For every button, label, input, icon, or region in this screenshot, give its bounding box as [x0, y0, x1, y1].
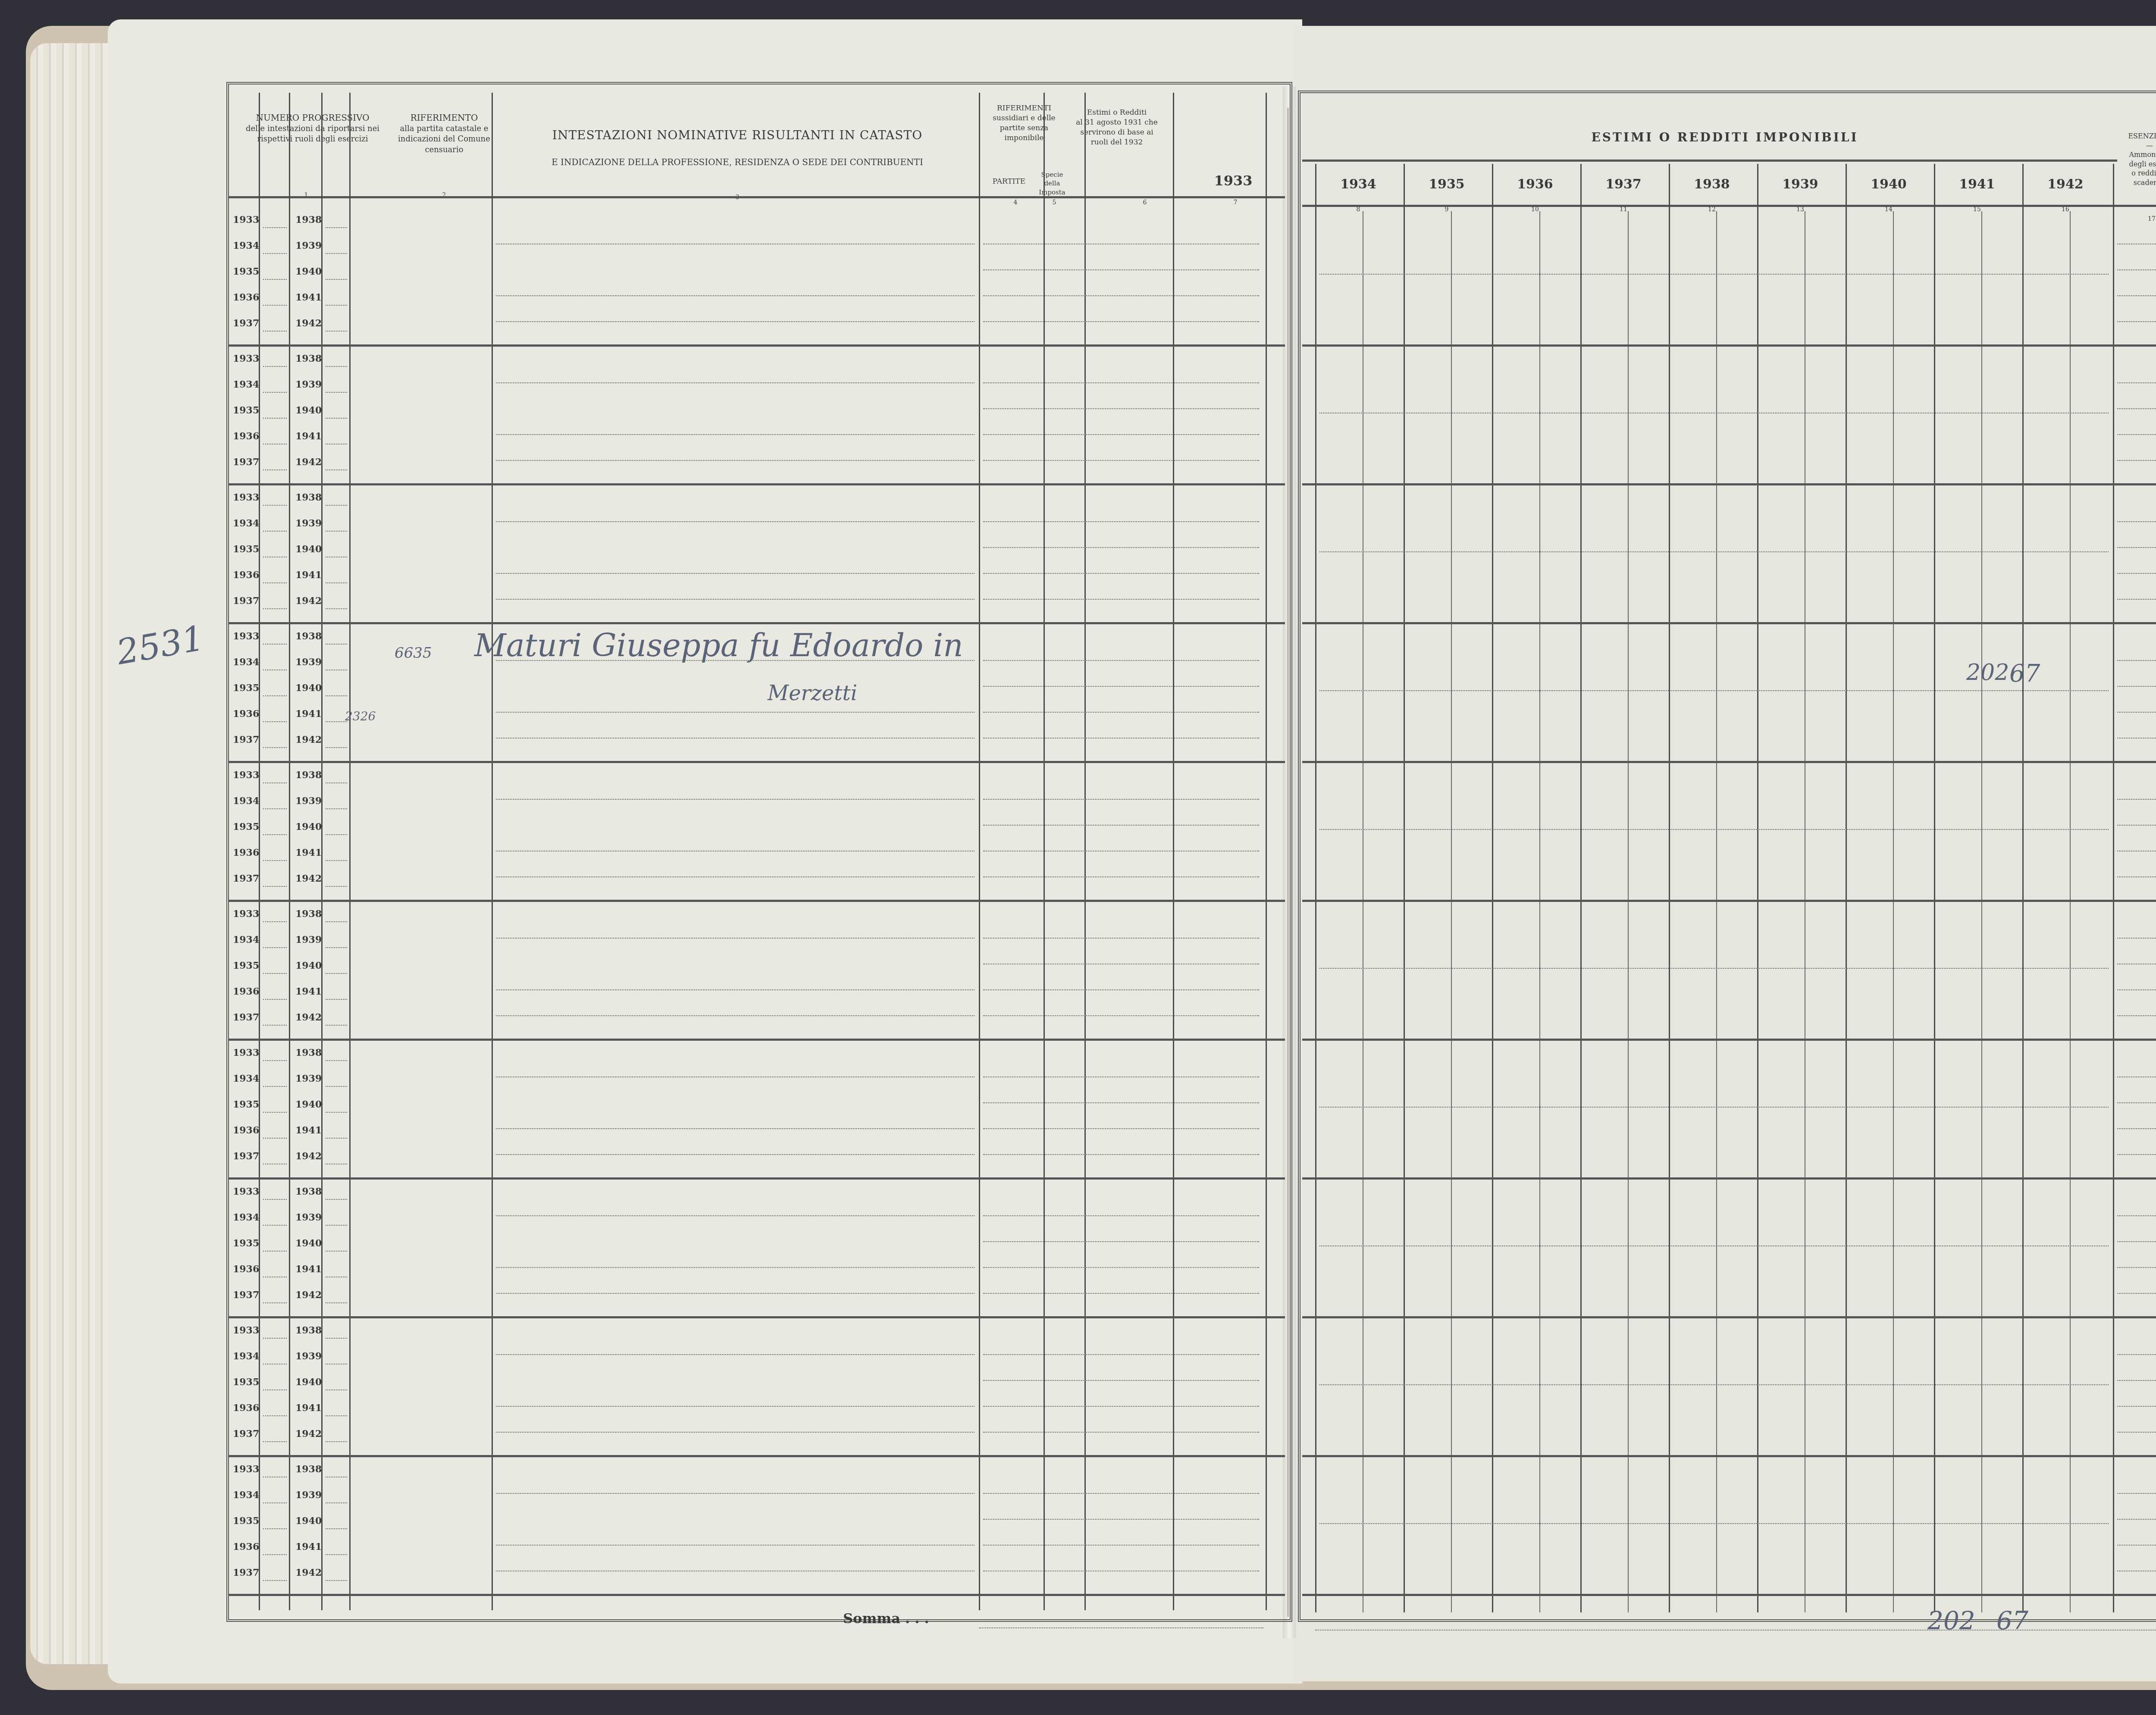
row-year-right: 1939	[295, 1351, 322, 1362]
dotted-line	[496, 1354, 975, 1355]
dotted-line	[263, 392, 287, 393]
row-year-right: 1939	[295, 1212, 322, 1223]
row-year-left: 1936	[233, 847, 259, 858]
dotted-line	[263, 505, 287, 506]
dotted-line	[326, 1225, 347, 1226]
dotted-line	[263, 557, 287, 557]
column-number: 4	[1011, 199, 1020, 206]
dotted-line	[263, 1477, 287, 1477]
block-rule	[1302, 1455, 2156, 1457]
block-rule	[229, 1039, 1285, 1041]
dotted-line	[326, 886, 347, 887]
dotted-line	[496, 989, 975, 990]
dotted-line	[496, 851, 975, 851]
column-divider	[1315, 164, 1316, 1612]
dotted-line	[2117, 321, 2156, 322]
row-year-right: 1942	[295, 873, 322, 884]
row-year-right: 1942	[295, 457, 322, 468]
row-year-right: 1939	[295, 1490, 322, 1501]
dotted-line	[983, 1432, 1259, 1433]
dotted-line	[983, 964, 1259, 964]
dotted-line	[2117, 460, 2156, 461]
dotted-line	[496, 1077, 975, 1077]
dotted-line	[983, 738, 1259, 739]
dotted-line	[983, 1293, 1259, 1294]
cents-divider	[1363, 211, 1363, 1612]
column-divider	[492, 93, 493, 1610]
dotted-line	[263, 973, 287, 974]
header-intestazioni: INTESTAZIONI NOMINATIVE RISULTANTI IN CA…	[496, 127, 979, 168]
dotted-line	[983, 573, 1259, 574]
dotted-line	[263, 608, 287, 609]
row-year-right: 1940	[295, 682, 322, 694]
dotted-line	[983, 660, 1259, 661]
dotted-line	[2117, 1354, 2156, 1355]
row-year-left: 1933	[233, 631, 259, 642]
row-year-right: 1938	[295, 770, 322, 781]
dotted-line	[326, 644, 347, 645]
dotted-line	[326, 227, 347, 228]
column-number: 6	[1141, 199, 1149, 206]
header-riferimento: RIFERIMENTO alla partita catastale e ind…	[397, 112, 492, 155]
block-rule	[229, 1316, 1285, 1318]
dotted-line	[983, 1215, 1259, 1216]
row-year-right: 1940	[295, 1515, 322, 1527]
dotted-line	[2117, 1493, 2156, 1494]
dotted-line	[2117, 1241, 2156, 1242]
dotted-line	[983, 1380, 1259, 1381]
row-year-left: 1933	[233, 1186, 259, 1197]
column-divider	[1266, 93, 1267, 1610]
dotted-line	[2117, 1015, 2156, 1016]
dotted-line	[983, 1493, 1259, 1494]
row-year-right: 1941	[295, 1264, 322, 1275]
column-divider	[1757, 164, 1758, 1612]
dotted-line	[263, 331, 287, 332]
dotted-line	[2117, 599, 2156, 600]
column-divider	[1669, 164, 1670, 1612]
dotted-line	[326, 418, 347, 419]
header-riferimenti-sussidiari: RIFERIMENTI sussidiari e delle partite s…	[985, 103, 1063, 143]
dotted-line	[326, 366, 347, 367]
row-year-left: 1934	[233, 657, 259, 668]
dotted-line	[983, 1241, 1259, 1242]
dotted-line	[326, 921, 347, 922]
dotted-line	[326, 1338, 347, 1339]
dotted-line	[326, 531, 347, 532]
dotted-line	[1319, 413, 2109, 413]
dotted-line	[983, 1545, 1259, 1546]
column-number: 17	[2147, 216, 2156, 222]
dotted-line	[2117, 269, 2156, 270]
dotted-line	[263, 782, 287, 783]
dotted-line	[1319, 829, 2109, 830]
row-year-left: 1935	[233, 1515, 259, 1527]
cents-divider	[1981, 211, 1982, 1612]
row-year-right: 1941	[295, 1402, 322, 1414]
dotted-line	[263, 1225, 287, 1226]
dotted-line	[263, 1251, 287, 1252]
dotted-line	[326, 253, 347, 254]
right-table-frame	[1298, 91, 2156, 1622]
header-estimi-1931: Estimi o Redditi al 31 agosto 1931 che s…	[1074, 108, 1160, 147]
entry-name-line1: Maturi Giuseppa fu Edoardo in	[474, 627, 963, 663]
dotted-line	[326, 1364, 347, 1364]
column-number: 9	[1442, 206, 1451, 213]
dotted-line	[983, 1015, 1259, 1016]
row-year-left: 1935	[233, 682, 259, 694]
value-1941-dec: 67	[2009, 660, 2040, 688]
dotted-line	[1319, 1523, 2109, 1524]
dotted-line	[2117, 244, 2156, 244]
dotted-line	[326, 999, 347, 1000]
dotted-line	[983, 599, 1259, 600]
row-year-left: 1936	[233, 431, 259, 442]
dotted-line	[2117, 408, 2156, 409]
dotted-line	[263, 1502, 287, 1503]
dotted-line	[1319, 551, 2109, 552]
row-year-left: 1933	[233, 353, 259, 364]
dotted-line	[496, 521, 975, 522]
header-estimi-imponibili: ESTIMI O REDDITI IMPONIBILI	[1509, 129, 1940, 146]
dotted-line	[496, 938, 975, 939]
dotted-line	[263, 670, 287, 670]
dotted-line	[496, 1545, 975, 1546]
column-divider	[1492, 164, 1493, 1612]
dotted-line	[2117, 660, 2156, 661]
row-year-right: 1942	[295, 1428, 322, 1440]
dotted-line	[326, 808, 347, 809]
row-year-left: 1934	[233, 240, 259, 251]
row-year-left: 1936	[233, 292, 259, 303]
dotted-line	[263, 1164, 287, 1164]
dotted-line	[2117, 1077, 2156, 1077]
dotted-line	[496, 1293, 975, 1294]
row-year-left: 1937	[233, 595, 259, 607]
dotted-line	[1319, 690, 2109, 691]
row-year-left: 1936	[233, 708, 259, 720]
column-number: 14	[1884, 206, 1893, 213]
dotted-line	[983, 1571, 1259, 1571]
header-esenzioni: ESENZIONI — Ammontare degli estimi o red…	[2128, 131, 2156, 188]
dotted-line	[263, 1364, 287, 1364]
dotted-line	[496, 1493, 975, 1494]
header-sub: E INDICAZIONE DELLA PROFESSIONE, RESIDEN…	[496, 156, 979, 168]
dotted-line	[983, 1267, 1259, 1268]
row-year-right: 1939	[295, 518, 322, 529]
header-specie: Specie della Imposta	[1035, 170, 1069, 197]
row-year-right: 1938	[295, 1047, 322, 1058]
dotted-line	[326, 1277, 347, 1277]
dotted-line	[326, 1025, 347, 1026]
dotted-line	[2117, 382, 2156, 383]
dotted-line	[326, 973, 347, 974]
dotted-line	[2117, 295, 2156, 296]
row-year-left: 1935	[233, 1238, 259, 1249]
row-year-right: 1939	[295, 934, 322, 945]
dotted-line	[983, 1102, 1259, 1103]
row-year-right: 1940	[295, 266, 322, 277]
row-year-left: 1936	[233, 570, 259, 581]
dotted-line	[496, 799, 975, 800]
dotted-line	[496, 1432, 975, 1433]
dotted-line	[2117, 686, 2156, 687]
dotted-line	[263, 947, 287, 948]
block-rule	[229, 1594, 1285, 1596]
row-year-left: 1935	[233, 1377, 259, 1388]
header-year-1934: 1934	[1315, 177, 1401, 192]
dotted-line	[263, 695, 287, 696]
row-year-right: 1941	[295, 570, 322, 581]
dotted-line	[2117, 434, 2156, 435]
row-year-left: 1937	[233, 1567, 259, 1578]
dotted-line	[263, 469, 287, 470]
header-sub: Ammontare degli estimi o redditi e scade…	[2128, 150, 2156, 187]
dotted-line	[263, 1060, 287, 1061]
dotted-line	[983, 1077, 1259, 1077]
block-rule	[229, 344, 1285, 347]
dotted-line	[263, 721, 287, 722]
dotted-line	[326, 860, 347, 861]
dotted-line	[326, 670, 347, 670]
column-number: 8	[1354, 206, 1363, 213]
header-title: INTESTAZIONI NOMINATIVE RISULTANTI IN CA…	[496, 127, 979, 144]
dotted-line	[263, 279, 287, 280]
row-year-left: 1937	[233, 1289, 259, 1301]
dotted-line	[1319, 1246, 2109, 1246]
row-year-right: 1938	[295, 492, 322, 503]
cents-divider	[1805, 211, 1805, 1612]
column-number: 10	[1531, 206, 1539, 213]
dotted-line	[263, 1277, 287, 1277]
row-year-right: 1939	[295, 1073, 322, 1084]
row-year-left: 1935	[233, 960, 259, 971]
block-rule	[229, 761, 1285, 763]
dotted-line	[2117, 1102, 2156, 1103]
dotted-line	[263, 1199, 287, 1200]
row-year-left: 1936	[233, 1125, 259, 1136]
dotted-line	[326, 1502, 347, 1503]
header-year-1935: 1935	[1404, 177, 1490, 192]
dotted-line	[326, 1580, 347, 1581]
dotted-line	[326, 279, 347, 280]
cents-divider	[1539, 211, 1540, 1612]
dotted-line	[263, 999, 287, 1000]
row-year-right: 1941	[295, 986, 322, 997]
dotted-line	[1319, 274, 2109, 275]
row-year-left: 1937	[233, 1428, 259, 1440]
somma-dec: 67	[1996, 1606, 2028, 1635]
cents-divider	[1451, 211, 1452, 1612]
dotted-line	[326, 1528, 347, 1529]
somma-line	[1315, 1630, 2156, 1631]
row-year-right: 1942	[295, 734, 322, 745]
row-year-right: 1941	[295, 847, 322, 858]
block-rule	[1302, 1594, 2156, 1596]
row-year-right: 1940	[295, 544, 322, 555]
row-year-right: 1942	[295, 1289, 322, 1301]
dotted-line	[2117, 1545, 2156, 1546]
row-year-right: 1940	[295, 821, 322, 832]
row-year-right: 1939	[295, 795, 322, 807]
row-year-right: 1940	[295, 1238, 322, 1249]
dotted-line	[983, 1406, 1259, 1407]
dotted-line	[263, 227, 287, 228]
dotted-line	[326, 331, 347, 332]
dotted-line	[263, 921, 287, 922]
dotted-line	[496, 1128, 975, 1129]
header-year-1941: 1941	[1934, 177, 2020, 192]
block-rule	[1302, 761, 2156, 763]
column-divider	[1173, 93, 1174, 1610]
row-year-right: 1939	[295, 379, 322, 390]
row-year-right: 1942	[295, 1567, 322, 1578]
header-year-1942: 1942	[2022, 177, 2109, 192]
dotted-line	[263, 1025, 287, 1026]
column-divider	[2113, 164, 2114, 1612]
value-1941-int: 202	[1966, 660, 2009, 685]
header-rule	[1302, 205, 2156, 207]
column-divider	[1934, 164, 1935, 1612]
dotted-line	[263, 1580, 287, 1581]
dotted-line	[983, 686, 1259, 687]
dotted-line	[983, 460, 1259, 461]
header-year-1940: 1940	[1846, 177, 1932, 192]
dotted-line	[983, 938, 1259, 939]
dotted-line	[983, 521, 1259, 522]
row-year-left: 1934	[233, 934, 259, 945]
row-year-left: 1934	[233, 379, 259, 390]
dotted-line	[263, 1338, 287, 1339]
header-sub: alla partita catastale e indicazioni del…	[397, 124, 492, 155]
row-year-right: 1941	[295, 292, 322, 303]
dotted-line	[983, 382, 1259, 383]
dotted-line	[496, 434, 975, 435]
row-year-right: 1941	[295, 1541, 322, 1552]
dotted-line	[1319, 968, 2109, 969]
row-year-left: 1935	[233, 544, 259, 555]
row-year-right: 1942	[295, 1151, 322, 1162]
dotted-line	[2117, 851, 2156, 851]
somma-label: Somma . . .	[843, 1610, 929, 1627]
dotted-line	[263, 366, 287, 367]
dotted-line	[2117, 1128, 2156, 1129]
dotted-line	[263, 1302, 287, 1303]
row-year-right: 1942	[295, 1012, 322, 1023]
header-title: ESENZIONI	[2128, 131, 2156, 141]
row-year-left: 1933	[233, 492, 259, 503]
block-rule	[229, 483, 1285, 485]
row-year-right: 1941	[295, 1125, 322, 1136]
dotted-line	[2117, 738, 2156, 739]
row-year-left: 1933	[233, 214, 259, 225]
entry-name-line2: Merzetti	[768, 681, 857, 705]
row-year-left: 1934	[233, 795, 259, 807]
header-rule	[1302, 160, 2117, 162]
dotted-line	[326, 505, 347, 506]
block-rule	[1302, 1039, 2156, 1041]
dotted-line	[326, 747, 347, 748]
row-year-left: 1937	[233, 873, 259, 884]
row-year-left: 1933	[233, 1047, 259, 1058]
row-year-right: 1940	[295, 960, 322, 971]
dotted-line	[263, 1086, 287, 1087]
dotted-line	[496, 1406, 975, 1407]
dotted-line	[326, 1441, 347, 1442]
block-rule	[1302, 1316, 2156, 1318]
dotted-line	[263, 1554, 287, 1555]
column-divider	[1084, 93, 1086, 1610]
dotted-line	[326, 557, 347, 557]
dotted-line	[983, 434, 1259, 435]
dotted-line	[496, 1215, 975, 1216]
row-year-right: 1942	[295, 595, 322, 607]
dotted-line	[326, 1554, 347, 1555]
dotted-line	[983, 547, 1259, 548]
dotted-line	[2117, 1571, 2156, 1571]
dotted-line	[983, 295, 1259, 296]
header-year-1937: 1937	[1580, 177, 1667, 192]
dotted-line	[263, 444, 287, 444]
dotted-line	[326, 721, 347, 722]
dotted-line	[2117, 1154, 2156, 1155]
dotted-line	[263, 644, 287, 645]
header-title: RIFERIMENTO	[397, 112, 492, 124]
partita-number: 6635	[395, 645, 432, 662]
dotted-line	[983, 1154, 1259, 1155]
row-year-left: 1935	[233, 405, 259, 416]
dotted-line	[2117, 1432, 2156, 1433]
somma-int: 202	[1927, 1606, 1975, 1635]
column-number: 7	[1231, 199, 1240, 206]
row-year-right: 1938	[295, 1325, 322, 1336]
header-dash: —	[2128, 141, 2156, 150]
dotted-line	[1319, 1107, 2109, 1108]
header-title: RIFERIMENTI	[985, 103, 1063, 113]
dotted-line	[496, 1267, 975, 1268]
dotted-line	[496, 738, 975, 739]
dotted-line	[2117, 825, 2156, 826]
block-rule	[229, 900, 1285, 902]
row-year-right: 1938	[295, 1464, 322, 1475]
dotted-line	[983, 244, 1259, 244]
dotted-line	[983, 712, 1259, 713]
row-year-left: 1936	[233, 1264, 259, 1275]
dotted-line	[2117, 1380, 2156, 1381]
dotted-line	[983, 876, 1259, 877]
dotted-line	[263, 418, 287, 419]
dotted-line	[326, 1415, 347, 1416]
row-year-left: 1934	[233, 1073, 259, 1084]
column-divider	[1580, 164, 1582, 1612]
dotted-line	[263, 808, 287, 809]
row-year-left: 1935	[233, 821, 259, 832]
dotted-line	[326, 947, 347, 948]
column-number: 15	[1973, 206, 1981, 213]
dotted-line	[496, 244, 975, 244]
header-numero-progressivo: NUMERO PROGRESSIVO delle intestazioni da…	[233, 112, 392, 145]
dotted-line	[983, 269, 1259, 270]
row-year-right: 1941	[295, 431, 322, 442]
dotted-line	[326, 1390, 347, 1390]
dotted-line	[263, 886, 287, 887]
dotted-line	[263, 834, 287, 835]
dotted-line	[983, 989, 1259, 990]
dotted-line	[983, 1519, 1259, 1520]
dotted-line	[496, 1015, 975, 1016]
row-year-left: 1937	[233, 1151, 259, 1162]
row-year-right: 1938	[295, 1186, 322, 1197]
